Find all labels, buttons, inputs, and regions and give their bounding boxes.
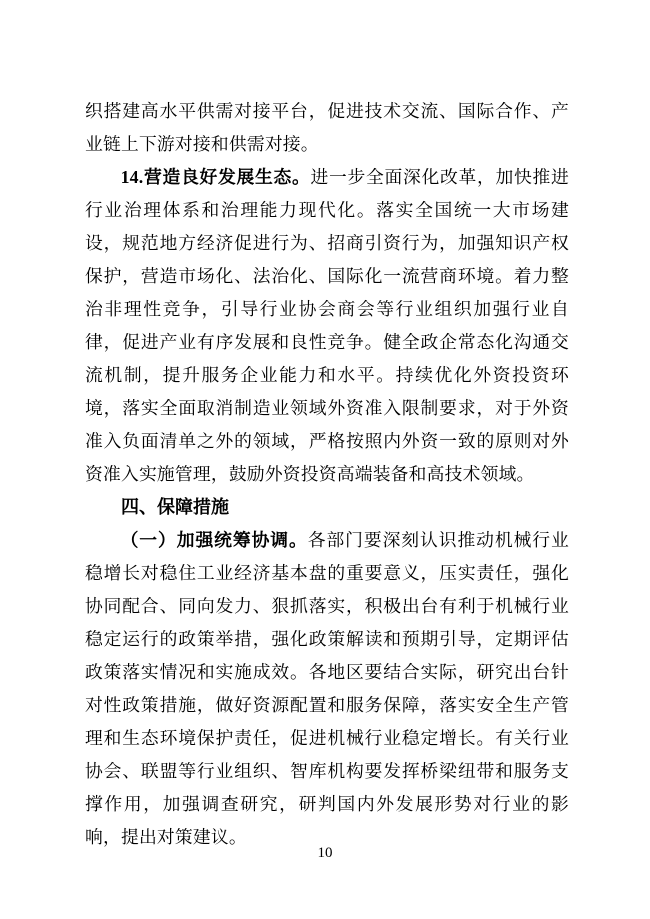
paragraph-text: 进一步全面深化改革，加快推进行业治理体系和治理能力现代化。落实全国统一大市场建设…: [85, 167, 569, 484]
page-number: 10: [0, 843, 650, 863]
paragraph-lead-bold: （一）加强统筹协调。: [121, 530, 308, 550]
section-heading-4: 四、保障措施: [85, 491, 569, 524]
document-page: 织搭建高水平供需对接平台，促进技术交流、国际合作、产业链上下游对接和供需对接。 …: [0, 0, 650, 919]
document-content: 织搭建高水平供需对接平台，促进技术交流、国际合作、产业链上下游对接和供需对接。 …: [85, 95, 569, 854]
paragraph-item-14: 14.营造良好发展生态。进一步全面深化改革，加快推进行业治理体系和治理能力现代化…: [85, 161, 569, 491]
paragraph-lead-bold: 14.营造良好发展生态。: [121, 167, 311, 187]
paragraph-continuation: 织搭建高水平供需对接平台，促进技术交流、国际合作、产业链上下游对接和供需对接。: [85, 95, 569, 161]
paragraph-text: 各部门要深刻认识推动机械行业稳增长对稳住工业经济基本盘的重要意义，压实责任，强化…: [85, 530, 569, 847]
paragraph-text: 织搭建高水平供需对接平台，促进技术交流、国际合作、产业链上下游对接和供需对接。: [85, 101, 569, 154]
paragraph-item-safeguard-1: （一）加强统筹协调。各部门要深刻认识推动机械行业稳增长对稳住工业经济基本盘的重要…: [85, 524, 569, 854]
